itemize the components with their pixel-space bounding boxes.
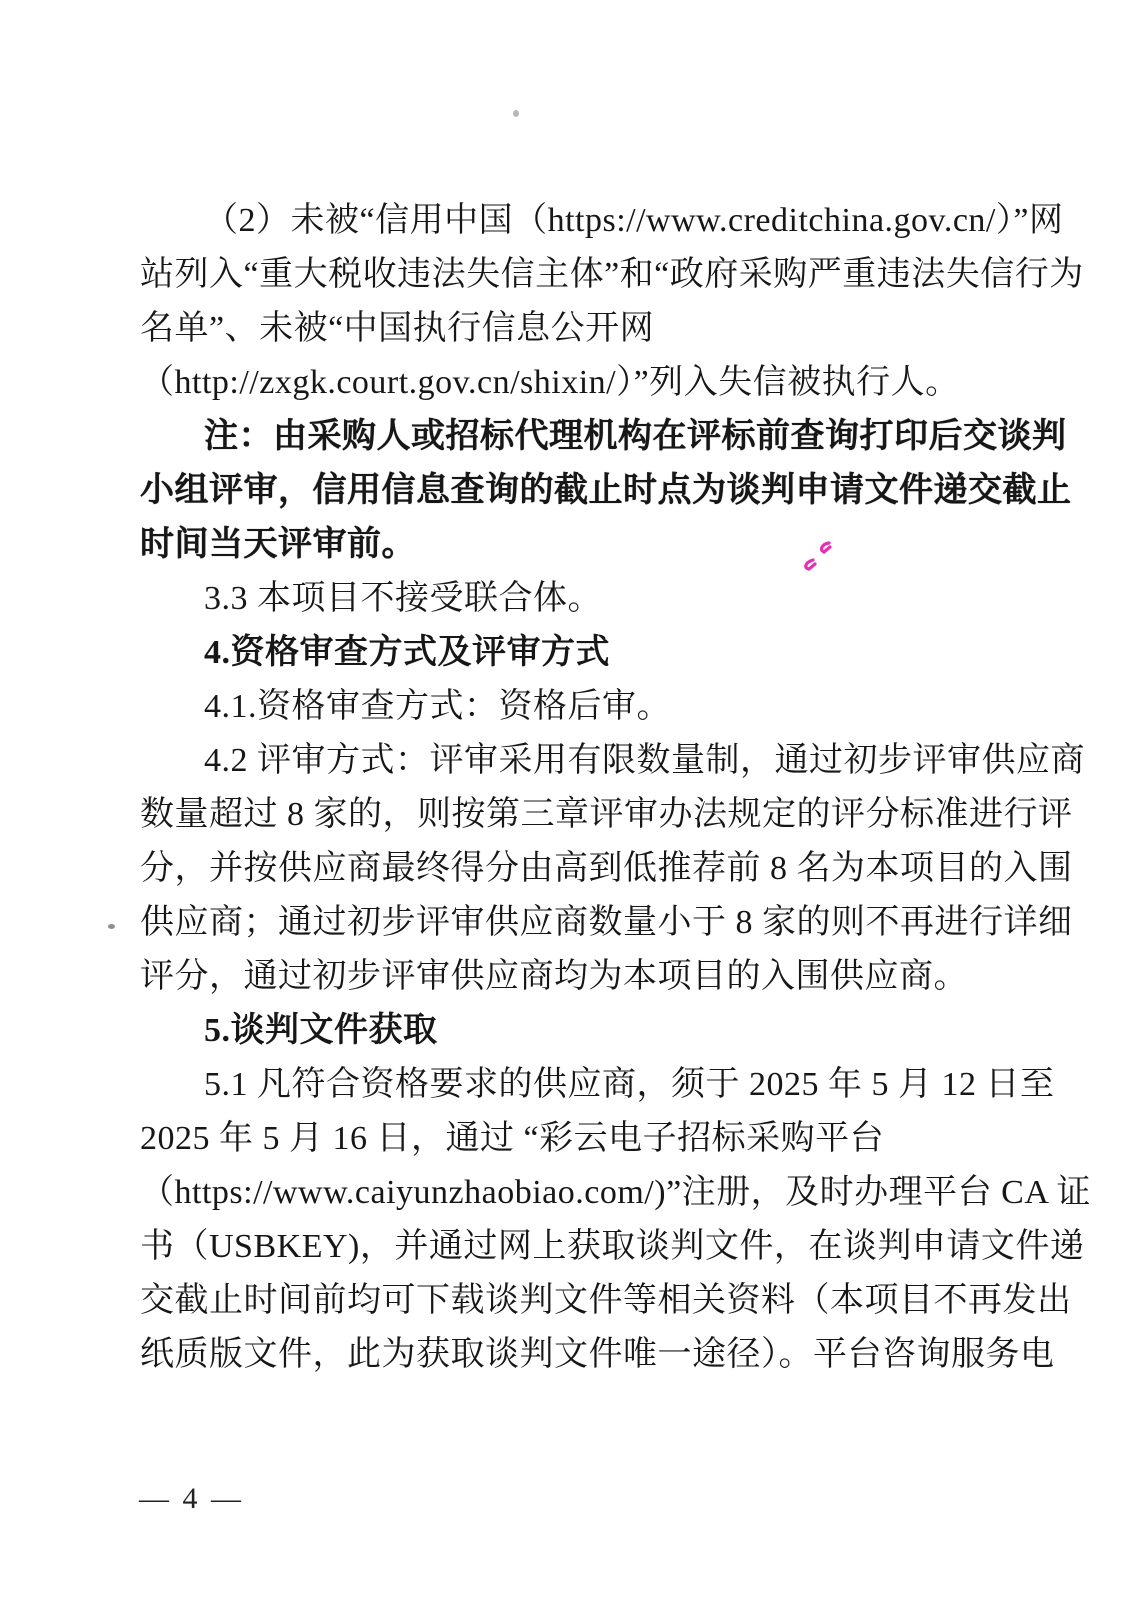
doc-line: 名单”、未被“中国执行信息公开网	[140, 302, 1008, 356]
scan-artifact-dot	[108, 924, 115, 929]
doc-line: 5.1 凡符合资格要求的供应商，须于 2025 年 5 月 12 日至	[140, 1058, 1008, 1112]
doc-line: 数量超过 8 家的，则按第三章评审办法规定的评分标准进行评	[140, 788, 1008, 842]
doc-line: 2025 年 5 月 16 日，通过 “彩云电子招标采购平台	[140, 1112, 1008, 1166]
doc-line: 分，并按供应商最终得分由高到低推荐前 8 名为本项目的入围	[140, 842, 1008, 896]
doc-line: 4.1.资格审查方式：资格后审。	[140, 680, 1008, 734]
doc-line: 纸质版文件，此为获取谈判文件唯一途径）。平台咨询服务电	[140, 1328, 1008, 1382]
section-heading-4: 4.资格审查方式及评审方式	[140, 626, 1008, 680]
doc-line: （http://zxgk.court.gov.cn/shixin/）”列入失信被…	[140, 356, 1008, 410]
scanned-document-page: （2）未被“信用中国（https://www.creditchina.gov.c…	[0, 0, 1128, 1600]
scan-artifact-dot	[513, 110, 519, 117]
document-body: （2）未被“信用中国（https://www.creditchina.gov.c…	[140, 194, 1008, 1382]
note-line: 小组评审，信用信息查询的截止时点为谈判申请文件递交截止	[140, 464, 1008, 518]
doc-line: 书（USBKEY)，并通过网上获取谈判文件，在谈判申请文件递	[140, 1220, 1008, 1274]
doc-line: 供应商；通过初步评审供应商数量小于 8 家的则不再进行详细	[140, 896, 1008, 950]
doc-line: 评分，通过初步评审供应商均为本项目的入围供应商。	[140, 950, 1008, 1004]
pink-pen-mark	[793, 536, 841, 580]
doc-line: 交截止时间前均可下载谈判文件等相关资料（本项目不再发出	[140, 1274, 1008, 1328]
note-line: 注：由采购人或招标代理机构在评标前查询打印后交谈判	[140, 410, 1008, 464]
doc-line: （2）未被“信用中国（https://www.creditchina.gov.c…	[140, 194, 1008, 248]
doc-line: 3.3 本项目不接受联合体。	[140, 572, 1008, 626]
section-heading-5: 5.谈判文件获取	[140, 1004, 1008, 1058]
page-number: — 4 —	[139, 1482, 244, 1516]
doc-line: 4.2 评审方式：评审采用有限数量制，通过初步评审供应商	[140, 734, 1008, 788]
note-line: 时间当天评审前。	[140, 518, 1008, 572]
doc-line: 站列入“重大税收违法失信主体”和“政府采购严重违法失信行为	[140, 248, 1008, 302]
doc-line: （https://www.caiyunzhaobiao.com/)”注册，及时办…	[140, 1166, 1008, 1220]
